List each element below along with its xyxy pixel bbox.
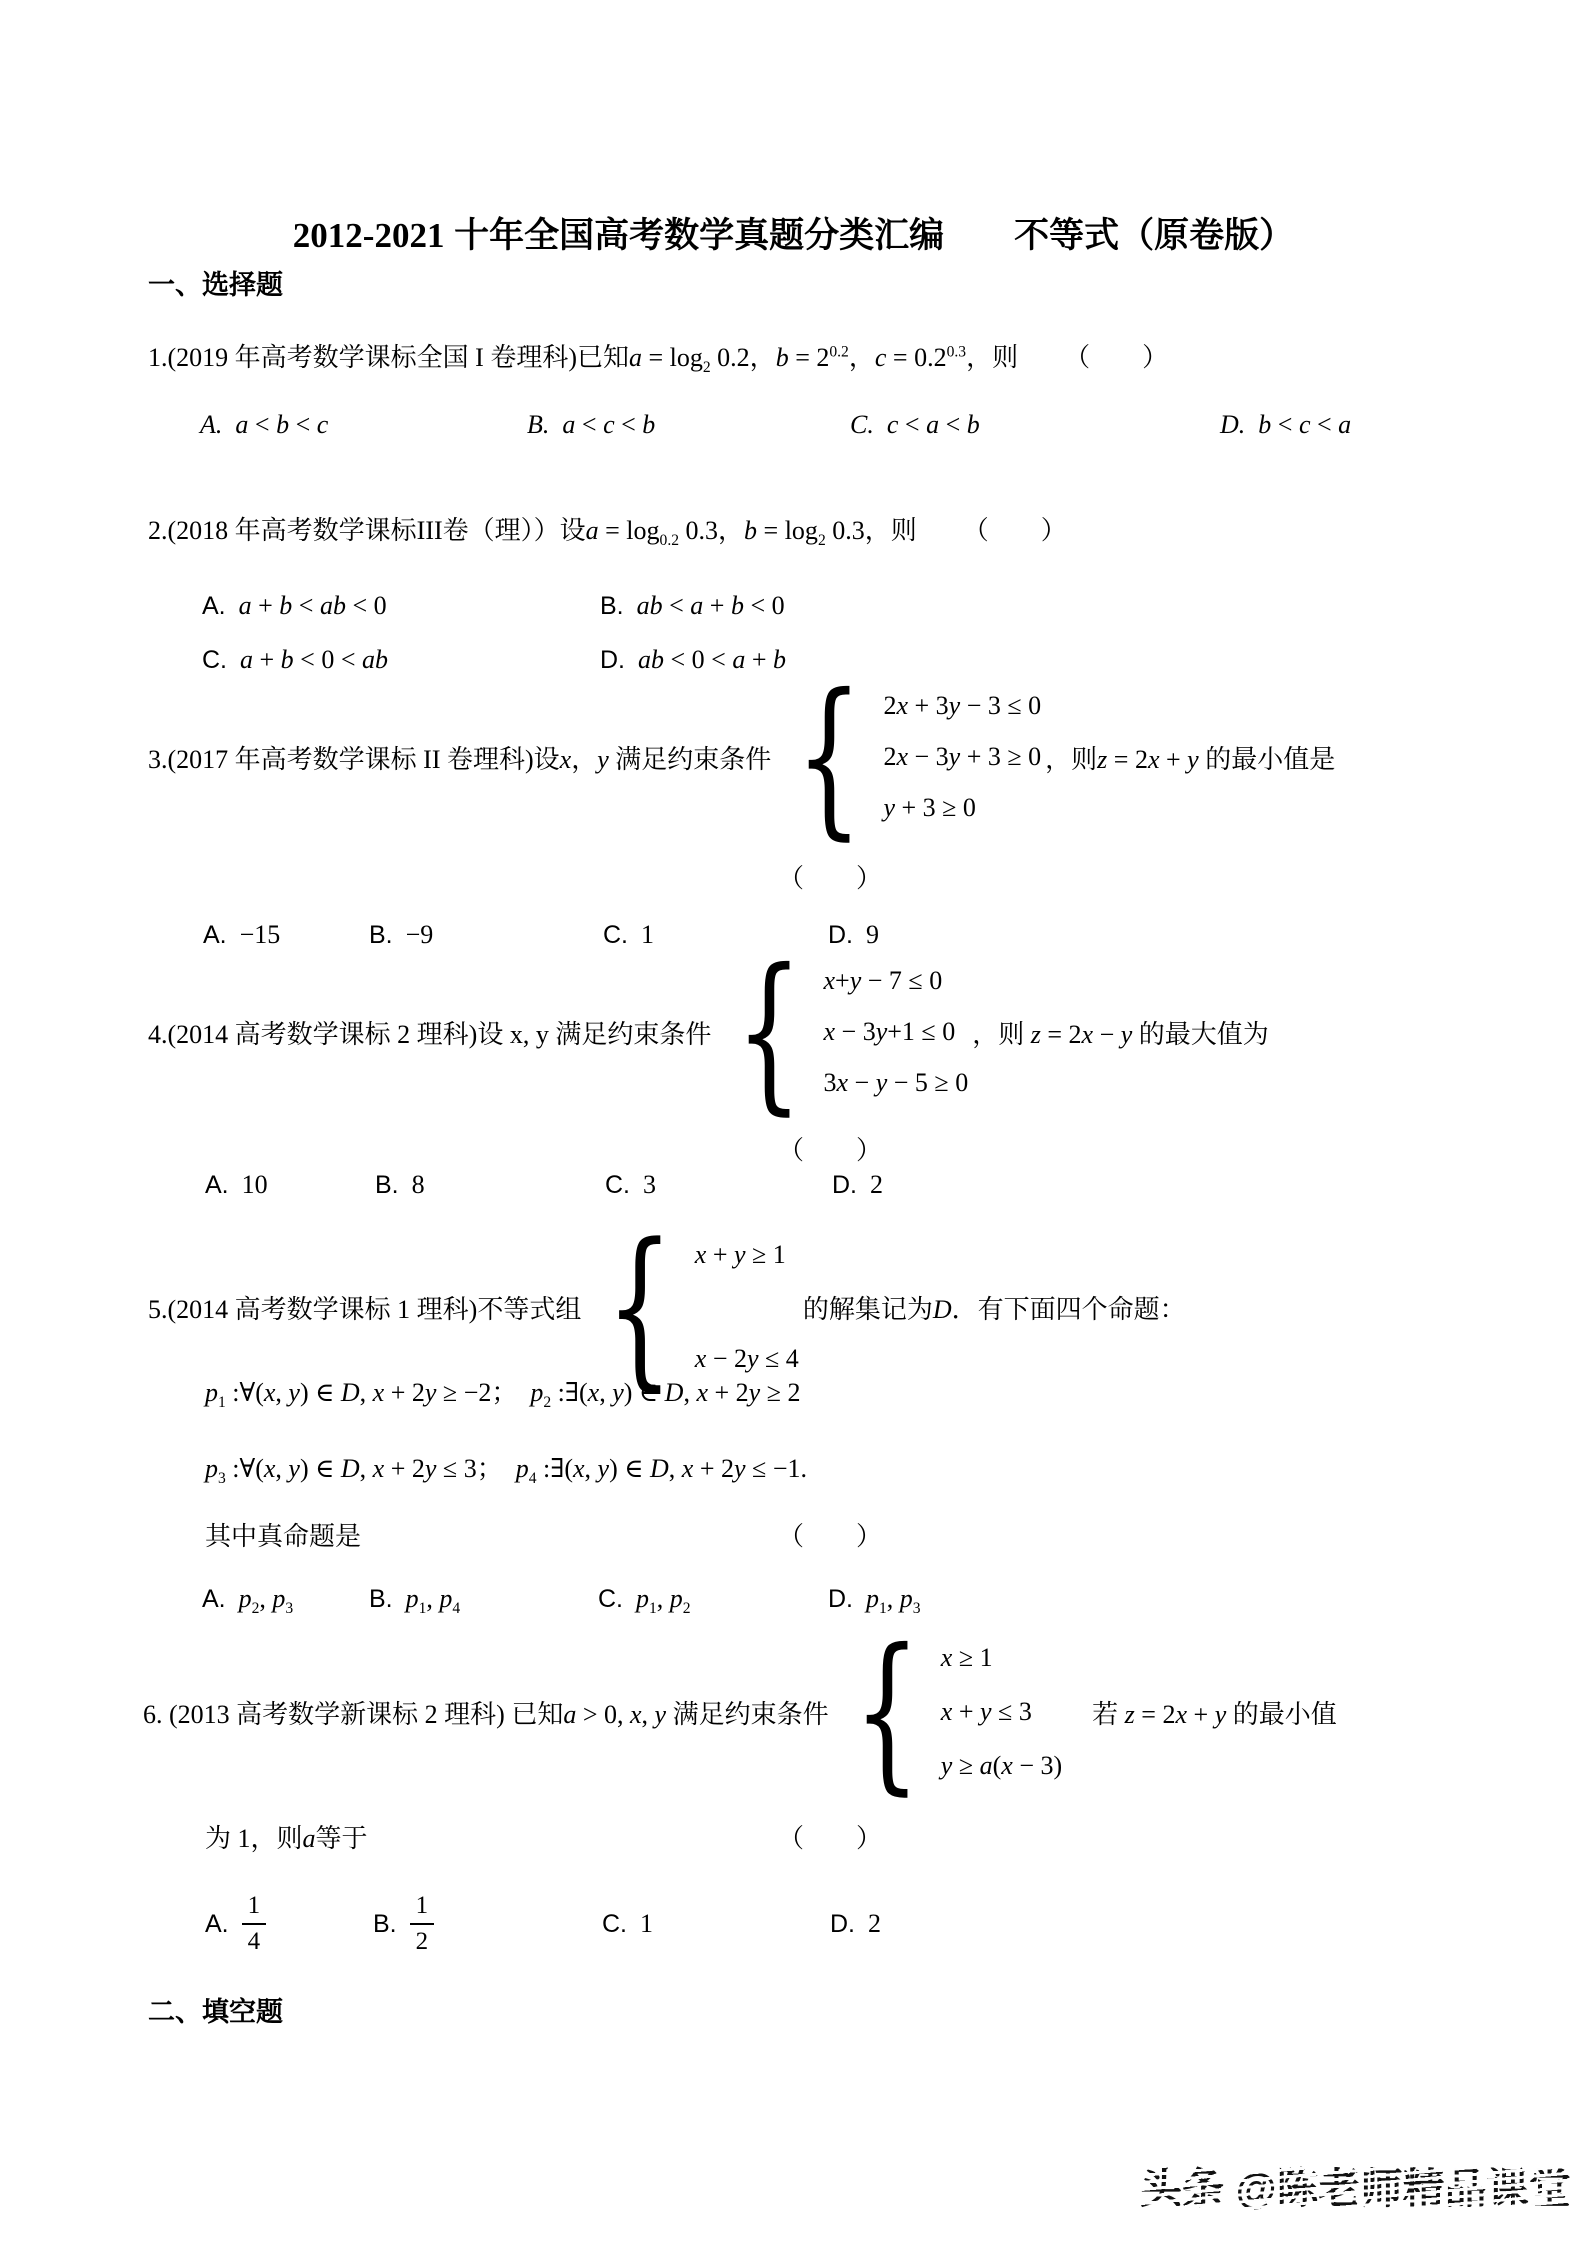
title-years: 2012-2021	[293, 216, 445, 255]
option-value: p1, p4	[406, 1584, 461, 1613]
option-value: a + b < ab < 0	[239, 591, 387, 620]
question-4-option-d: D.2	[832, 1170, 883, 1200]
inequality-line: x + y ≥ 1	[695, 1240, 799, 1270]
option-value: −9	[406, 920, 434, 949]
question-5-propositions-1-2: p1 :∀(x, y) ∈ D, x + 2y ≥ −2； p2 :∃(x, y…	[205, 1372, 800, 1409]
option-label: D.	[832, 1171, 857, 1199]
option-label: C.	[202, 646, 227, 674]
question-3-text: 3.(2017 年高考数学课标 II 卷理科)设x，y 满足约束条件	[148, 739, 771, 776]
question-1-text: 1.(2019 年高考数学课标全国 I 卷理科)已知a = log2 0.2，b…	[148, 343, 1018, 372]
fraction: 14	[242, 1890, 267, 1958]
constraint-line: x+y − 7 ≤ 0	[824, 966, 969, 996]
option-value: b < c < a	[1258, 410, 1351, 439]
option-label: A.	[205, 1171, 229, 1199]
question-2-text: 2.(2018 年高考数学课标III卷（理））设a = log0.2 0.3，b…	[148, 516, 917, 545]
option-label: C.	[602, 1910, 627, 1939]
question-4-option-b: B.8	[375, 1170, 425, 1200]
constraint-line: x ≥ 1	[941, 1643, 1062, 1673]
option-label: A.	[202, 592, 226, 620]
question-3-text-suffix: ，则z = 2x + y 的最小值是	[1045, 739, 1335, 776]
option-label: B.	[369, 1585, 393, 1613]
question-3-option-d: D.9	[828, 920, 879, 950]
question-2-option-c: C.a + b < 0 < ab	[202, 645, 388, 675]
option-label: C.	[850, 410, 874, 439]
option-label: B.	[600, 592, 624, 620]
option-value: c < a < b	[887, 410, 980, 439]
question-2-answer-blank: （ ）	[963, 516, 1067, 545]
constraint-lines: 2x + 3y − 3 ≤ 0 2x − 3y + 3 ≥ 0 y + 3 ≥ …	[883, 691, 1041, 823]
section-heading-choice: 一、选择题	[148, 263, 283, 302]
question-6-stem: 6. (2013 高考数学新课标 2 理科) 已知a > 0, x, y 满足约…	[143, 1637, 1337, 1787]
question-4-text: 4.(2014 高考数学课标 2 理科)设 x, y 满足约束条件	[148, 1014, 711, 1051]
question-6-option-b: B.12	[373, 1884, 434, 1964]
question-1-option-d: D.b < c < a	[1220, 410, 1351, 440]
question-5-option-b: B.p1, p4	[369, 1584, 460, 1614]
question-3-stem: 3.(2017 年高考数学课标 II 卷理科)设x，y 满足约束条件 { 2x …	[148, 682, 1335, 832]
option-value: 2	[870, 1170, 883, 1199]
constraint-line: 3x − y − 5 ≥ 0	[824, 1068, 969, 1098]
option-value: a + b < 0 < ab	[240, 645, 388, 674]
question-5-text: 5.(2014 高考数学课标 1 理科)不等式组	[148, 1289, 581, 1326]
question-4-text-suffix: ，则 z = 2x − y 的最大值为	[972, 1014, 1269, 1051]
constraint-system: { 2x + 3y − 3 ≤ 0 2x − 3y + 3 ≥ 0 y + 3 …	[775, 691, 1041, 823]
fraction-denominator: 4	[248, 1925, 261, 1959]
question-6-option-d: D.2	[830, 1884, 881, 1964]
question-2-option-a: A.a + b < ab < 0	[202, 591, 387, 621]
option-label: C.	[603, 921, 628, 949]
question-1-option-b: B.a < c < b	[527, 410, 655, 440]
option-value: ab < a + b < 0	[637, 591, 785, 620]
title-text: 十年全国高考数学真题分类汇编 不等式（原卷版）	[444, 216, 1294, 255]
option-value: a < b < c	[235, 410, 328, 439]
section-heading-fill: 二、填空题	[148, 1990, 283, 2029]
fraction-numerator: 1	[410, 1890, 435, 1925]
question-6-option-a: A.14	[205, 1884, 266, 1964]
option-value: 10	[242, 1170, 268, 1199]
question-2-option-d: D.ab < 0 < a + b	[600, 645, 786, 675]
question-6-option-c: C.1	[602, 1884, 653, 1964]
constraint-line: x − 3y+1 ≤ 0	[824, 1017, 969, 1047]
question-6-answer-blank: （ ）	[778, 1818, 882, 1855]
inequality-lines: x + y ≥ 1 x − 2y ≤ 4	[695, 1240, 799, 1374]
question-1-stem: 1.(2019 年高考数学课标全国 I 卷理科)已知a = log2 0.2，b…	[148, 337, 1168, 374]
option-value: 1	[641, 920, 654, 949]
inequality-system: { x + y ≥ 1 x − 2y ≤ 4	[585, 1240, 798, 1374]
question-1-answer-blank: （ ）	[1064, 343, 1168, 372]
constraint-line: x + y ≤ 3	[941, 1697, 1062, 1727]
option-value: −15	[240, 920, 281, 949]
option-label: D.	[830, 1910, 855, 1939]
constraint-line: 2x + 3y − 3 ≤ 0	[883, 691, 1041, 721]
exam-document-page: 2012-2021 十年全国高考数学真题分类汇编 不等式（原卷版） 一、选择题 …	[0, 0, 1587, 2245]
option-label: C.	[605, 1171, 630, 1199]
watermark-text: 头条 @陈老师精品课堂	[1140, 2156, 1571, 2216]
option-label: D.	[828, 1585, 853, 1613]
question-5-stem: 5.(2014 高考数学课标 1 理科)不等式组 { x + y ≥ 1 x −…	[148, 1240, 1186, 1374]
option-label: B.	[369, 921, 393, 949]
question-5-option-a: A.p2, p3	[202, 1584, 293, 1614]
constraint-system: { x ≥ 1 x + y ≤ 3 y ≥ a(x − 3)	[833, 1643, 1063, 1781]
inequality-line: x − 2y ≤ 4	[695, 1344, 799, 1374]
constraint-system: { x+y − 7 ≤ 0 x − 3y+1 ≤ 0 3x − y − 5 ≥ …	[715, 966, 968, 1098]
option-value: p2, p3	[239, 1584, 294, 1613]
option-label: D.	[600, 646, 625, 674]
option-label: A.	[202, 1585, 226, 1613]
option-value: p1, p2	[636, 1584, 691, 1613]
question-2-stem: 2.(2018 年高考数学课标III卷（理））设a = log0.2 0.3，b…	[148, 510, 1067, 547]
option-label: D.	[1220, 410, 1245, 439]
option-value: a < c < b	[562, 410, 655, 439]
question-6-stem-2: 为 1，则a等于	[205, 1818, 368, 1855]
question-3-option-a: A.−15	[203, 920, 280, 950]
question-5-answer-blank: （ ）	[778, 1516, 882, 1553]
fraction: 12	[410, 1890, 435, 1958]
option-value: 9	[866, 920, 879, 949]
option-value: 3	[643, 1170, 656, 1199]
option-value: p1, p3	[866, 1584, 921, 1613]
question-5-option-c: C.p1, p2	[598, 1584, 691, 1614]
question-4-stem: 4.(2014 高考数学课标 2 理科)设 x, y 满足约束条件 { x+y …	[148, 957, 1269, 1107]
question-1-option-c: C.c < a < b	[850, 410, 980, 440]
question-2-option-b: B.ab < a + b < 0	[600, 591, 785, 621]
question-5-text-suffix: 的解集记为D．有下面四个命题：	[803, 1289, 1186, 1326]
question-5-propositions-3-4: p3 :∀(x, y) ∈ D, x + 2y ≤ 3； p4 :∃(x, y)…	[205, 1448, 807, 1485]
option-value: ab < 0 < a + b	[638, 645, 786, 674]
option-label: B.	[375, 1171, 399, 1199]
question-4-answer-blank: （ ）	[778, 1130, 882, 1167]
option-label: A.	[205, 1910, 229, 1939]
question-6-text: 6. (2013 高考数学新课标 2 理科) 已知a > 0, x, y 满足约…	[143, 1694, 829, 1731]
question-6-text-suffix: 若 z = 2x + y 的最小值	[1066, 1694, 1337, 1731]
option-value: 1	[640, 1909, 653, 1939]
question-5-stem-2: 其中真命题是	[205, 1516, 361, 1553]
question-5-option-d: D.p1, p3	[828, 1584, 921, 1614]
question-3-option-b: B.−9	[369, 920, 433, 950]
constraint-line: 2x − 3y + 3 ≥ 0	[883, 742, 1041, 772]
option-value: 8	[412, 1170, 425, 1199]
question-4-option-a: A.10	[205, 1170, 268, 1200]
question-3-answer-blank: （ ）	[778, 858, 882, 895]
fraction-denominator: 2	[416, 1925, 429, 1959]
constraint-lines: x ≥ 1 x + y ≤ 3 y ≥ a(x − 3)	[941, 1643, 1062, 1781]
option-label: A.	[200, 410, 222, 439]
option-label: D.	[828, 921, 853, 949]
question-4-option-c: C.3	[605, 1170, 656, 1200]
constraint-line: y + 3 ≥ 0	[883, 793, 1041, 823]
constraint-lines: x+y − 7 ≤ 0 x − 3y+1 ≤ 0 3x − y − 5 ≥ 0	[824, 966, 969, 1098]
question-1-option-a: A.a < b < c	[200, 410, 328, 440]
question-3-option-c: C.1	[603, 920, 654, 950]
document-title: 2012-2021 十年全国高考数学真题分类汇编 不等式（原卷版）	[0, 208, 1587, 258]
option-label: B.	[527, 410, 549, 439]
option-label: C.	[598, 1585, 623, 1613]
option-value: 2	[868, 1909, 881, 1939]
option-label: A.	[203, 921, 227, 949]
constraint-line: y ≥ a(x − 3)	[941, 1751, 1062, 1781]
fraction-numerator: 1	[242, 1890, 267, 1925]
option-label: B.	[373, 1910, 397, 1939]
